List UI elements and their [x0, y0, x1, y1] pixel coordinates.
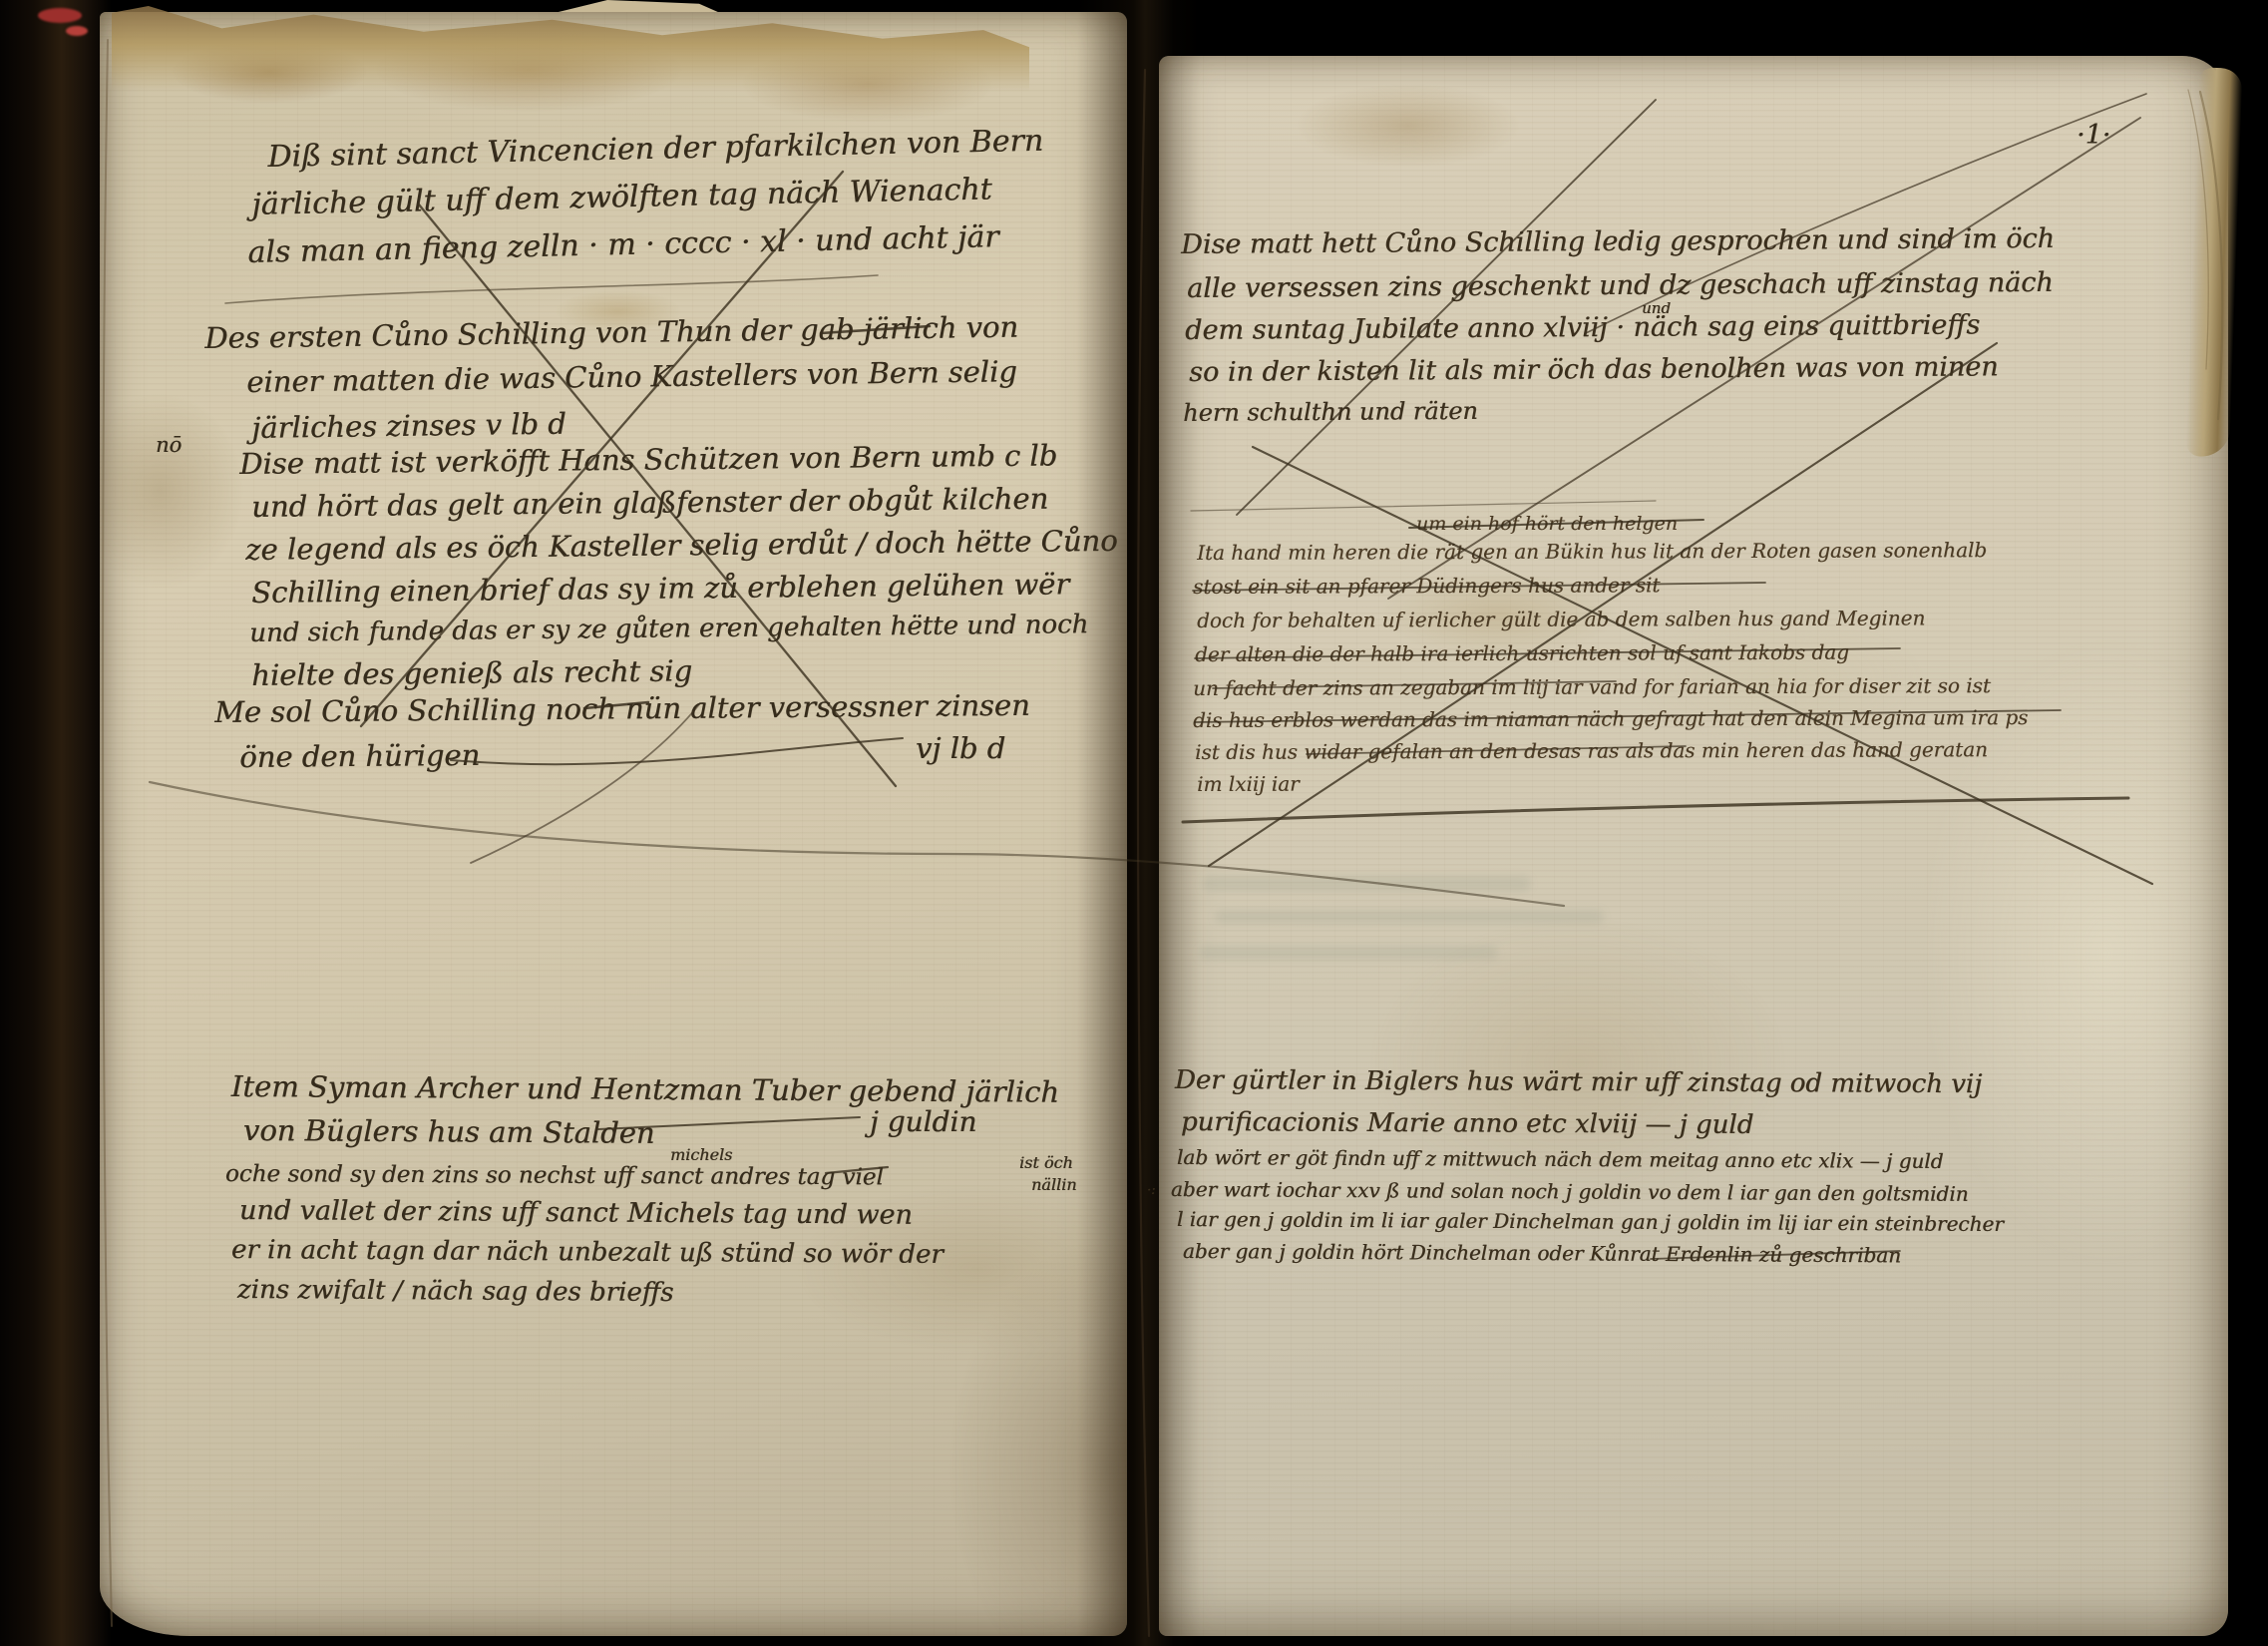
manuscript-line: hern schulthn und räten [1183, 397, 1478, 427]
manuscript-line: järliches zinses v lb d [251, 407, 567, 445]
manuscript-line: lab wört er göt findn uff z mittwuch näc… [1177, 1145, 1944, 1173]
manuscript-line: öne den hürigen [239, 738, 480, 774]
amount-value: j guldin [870, 1105, 976, 1138]
manuscript-line: oche sond sy den zins so nechst uff sanc… [225, 1161, 884, 1190]
manuscript-line: aber gan j goldin hört Dinchelman oder K… [1183, 1239, 1901, 1267]
manuscript-line: er in acht tagn dar näch unbezalt uß stü… [231, 1235, 944, 1270]
margin-mark: ·: [1147, 1183, 1156, 1198]
book-spine [0, 0, 112, 1646]
side-note: nällin [1031, 1175, 1077, 1194]
manuscript-photo: Diß sint sanct Vincencien der pfarkilche… [0, 0, 2268, 1646]
manuscript-line: hielte des genieß als recht sig [251, 653, 692, 692]
red-stain [38, 8, 82, 23]
manuscript-line: so in der kisten lit als mir öch das ben… [1189, 351, 1999, 388]
manuscript-line: von Büglers hus am Stalden [243, 1113, 655, 1150]
side-note: ist öch [1019, 1153, 1073, 1172]
manuscript-line: Me sol Cůno Schilling noch nün alter ver… [214, 688, 1030, 729]
manuscript-line: stost ein sit an pfarer Düdingers hus an… [1193, 573, 1660, 599]
margin-note: nō [156, 433, 182, 457]
ink-bleedthrough [1199, 946, 1498, 960]
section-header: um ein hof hört den helgen [1416, 513, 1678, 535]
manuscript-line: purificacionis Marie anno etc xlviij — j… [1181, 1107, 1754, 1140]
manuscript-line: dem suntag Jubilate anno xlviij · näch s… [1185, 309, 1980, 346]
ink-bleedthrough [1215, 910, 1604, 924]
manuscript-line: zins zwifalt / näch sag des brieffs [237, 1275, 674, 1308]
amount-value: vj lb d [916, 731, 1005, 765]
red-stain [66, 26, 88, 36]
manuscript-line: dis hus erblos werdan das im niaman näch… [1193, 705, 2028, 732]
manuscript-line: im lxiij iar [1197, 772, 1300, 796]
manuscript-line: Der gürtler in Biglers hus wärt mir uff … [1175, 1065, 1982, 1099]
manuscript-line: l iar gen j goldin im li iar galer Dinch… [1177, 1207, 2004, 1236]
ink-bleedthrough [1202, 876, 1532, 892]
manuscript-line: Item Syman Archer und Hentzman Tuber geb… [231, 1069, 1059, 1109]
manuscript-line: und vallet der zins uff sanct Michels ta… [239, 1195, 913, 1231]
manuscript-line: ist dis hus widar gefalan an den desas r… [1195, 737, 1988, 764]
folio-number: ·1· [2077, 120, 2110, 151]
manuscript-line: Ita hand min heren die rät gen an Bükin … [1197, 538, 1987, 565]
interlinear-note: und [1642, 299, 1671, 317]
manuscript-line: der alten die der halb ira ierlich usric… [1195, 640, 1849, 666]
manuscript-line: Dise matt hett Cůno Schilling ledig gesp… [1181, 223, 2055, 260]
manuscript-line: aber wart iochar xxv ß und solan noch j … [1171, 1177, 1969, 1206]
manuscript-line: alle versessen zins geschenkt und dz ges… [1187, 267, 2054, 304]
interlinear-note: michels [670, 1145, 732, 1164]
manuscript-line: doch for behalten uf ierlicher gült die … [1197, 606, 1925, 632]
manuscript-line: un facht der zins an zegaban im liij iar… [1193, 673, 1991, 700]
